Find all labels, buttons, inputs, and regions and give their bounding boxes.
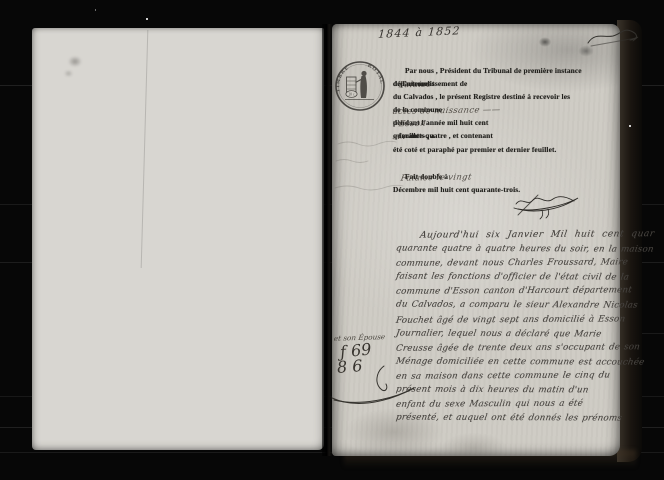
act-line: présent mois à dix heures du matin d'un [396,385,624,400]
dust-speck [629,125,631,127]
preamble-text: de la commune [393,105,442,114]
act-line: Creusse âgée de trente deux ans s'occupa… [396,342,624,357]
act-line: en sa maison dans cette commune le cinq … [396,370,624,385]
act-line: présenté, et auquel ont été donnés les p… [396,413,624,428]
act-line-text: commune, devant nous Charles Froussard, … [395,257,628,268]
preamble-text: pendant l'année mil huit cent [393,118,488,127]
act-line-text: du Calvados, a comparu le sieur Alexandr… [395,300,638,311]
act-line: quarante quatre à quatre heures du soir,… [396,244,624,259]
act-line-text: présent mois à dix heures du matin d'un [395,385,589,396]
dust-speck [95,9,96,11]
register-scan-stage: 1844 à 1852 TIMBRE ROYAL [0,0,664,480]
act-line-text: Creusse âgée de trente deux ans s'occupa… [395,342,640,353]
preamble-text: feuillets , a [399,131,434,140]
act-line-text: Fouchet âgé de vingt sept ans domicilié … [395,314,626,325]
preamble-line: actes de naissance —— de la commune [393,105,592,118]
act-line: enfant du sexe Masculin qui nous a été [396,398,624,413]
act-line: Fouchet âgé de vingt sept ans domicilié … [396,314,624,329]
act-line: du Calvados, a comparu le sieur Alexandr… [396,300,624,315]
preamble-line: de l'arrondissement de Falaise départeme… [393,79,592,92]
act-line: Ménage domiciliée en cette commune est a… [396,356,624,371]
act-line-text: Journalier, lequel nous a déclaré que Ma… [395,328,602,339]
act-line-text: en sa maison dans cette commune le cinq … [395,370,611,381]
preamble-text: Par nous , Président du Tribunal de prem… [393,66,582,75]
timbre-royal-seal: TIMBRE ROYAL 20 c [334,60,386,112]
handwritten-insert: Falaise le vingt [400,171,473,182]
preamble-text: du Calvados , le présent Registre destin… [393,92,570,101]
act-line: commune, devant nous Charles Froussard, … [396,257,624,272]
preamble-block: Par nous , Président du Tribunal de prem… [393,66,592,198]
preamble-text: été coté et paraphé par premier et derni… [393,145,557,154]
dust-speck [146,18,148,20]
act-line-text: faisant les fonctions d'officier de l'ét… [395,272,630,283]
ink-smudge [64,70,73,77]
act-line: Journalier, lequel nous a déclaré que Ma… [396,328,624,343]
seal-denomination: 20 c [348,93,354,97]
preamble-line: quarante-quatre , et contenant six feuil… [393,131,592,144]
act-line: Aujourd'hui six Janvier Mil huit cent qu… [396,229,624,244]
preamble-line: été coté et paraphé par premier et derni… [393,145,592,158]
act-line-text: commune d'Esson canton d'Harcourt départ… [395,286,632,297]
act-line-text: quarante quatre à quatre heures du soir,… [395,244,654,255]
left-blank-page [32,28,324,450]
registrar-paraph-icon [586,24,644,50]
paper-crease [141,30,149,268]
signature-paraph-icon [512,192,582,222]
preamble-line: Par nous , Président du Tribunal de prem… [393,66,592,79]
act-line-text: enfant du sexe Masculin qui nous a été [395,399,583,410]
margin-swash-icon [328,362,418,414]
act-line-text: Aujourd'hui six Janvier Mil huit cent qu… [419,229,655,240]
preamble-line: d' Esson pendant l'année mil huit cent [393,118,592,131]
preamble-text: Décembre mil huit cent quarante-trois. [393,185,520,194]
act-line-text: présenté, et auquel ont été donnés les p… [395,413,623,424]
preamble-text: département [393,79,435,88]
preamble-line: Fait double à Falaise le vingt [393,172,592,185]
act-line-text: Ménage domiciliée en cette commune est a… [395,356,645,367]
ink-smudge [68,56,82,67]
act-entry-block: Aujourd'hui six Janvier Mil huit cent qu… [396,230,624,427]
